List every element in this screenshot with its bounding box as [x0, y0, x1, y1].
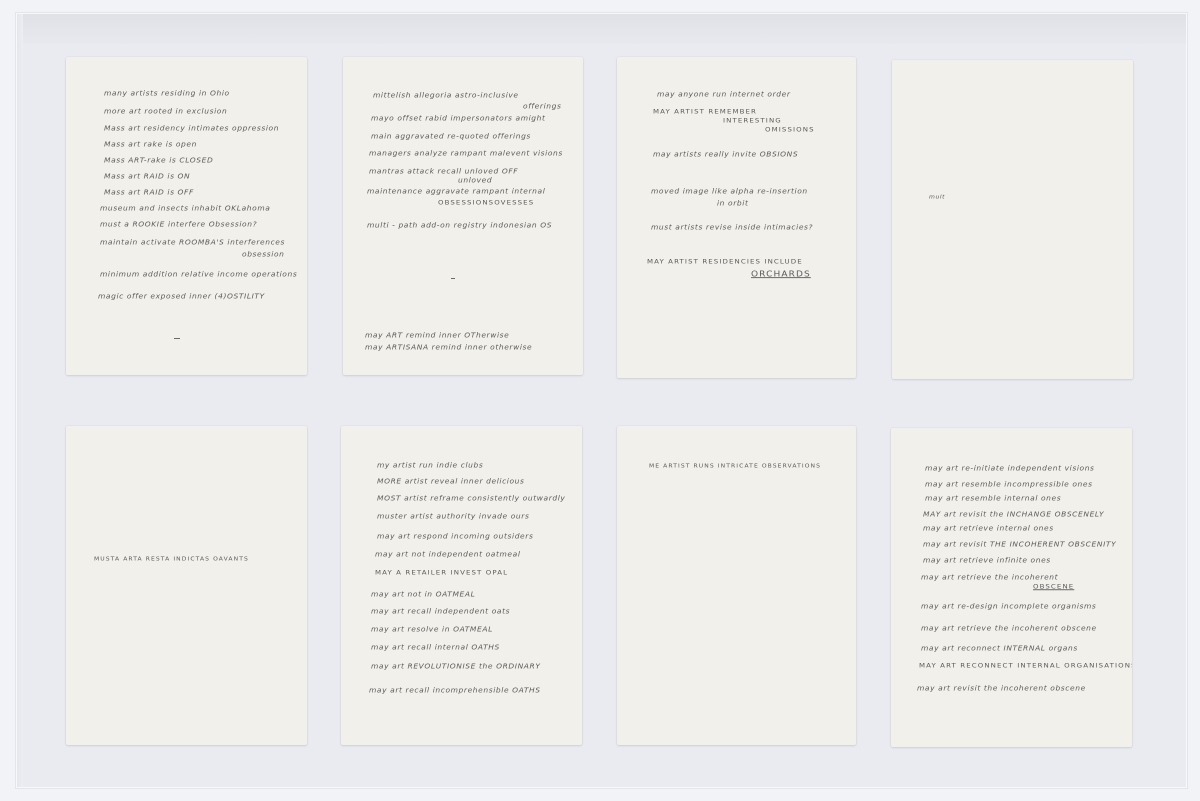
- sheet-line: may artists really invite OBSIONS: [653, 150, 798, 158]
- sheet-line: OBSESSIONSOVESSES: [438, 199, 534, 206]
- sheet-line: may art retrieve infinite ones: [923, 556, 1051, 564]
- sheet-line: mayo offset rabid impersonators amight: [371, 114, 546, 122]
- sheet-line: mittelish allegoria astro-inclusive: [373, 91, 519, 99]
- sheet-line: mult: [929, 194, 945, 200]
- sheet-line: MAY A RETAILER INVEST OPAL: [375, 569, 508, 576]
- handwritten-sheet-8: may art re-initiate independent visions …: [891, 428, 1132, 747]
- sheet-line: may art revisit THE INCOHERENT OBSCENITY: [923, 540, 1116, 548]
- sheet-line: may art revisit the incoherent obscene: [917, 684, 1086, 692]
- sheet-line: may art reconnect INTERNAL organs: [921, 644, 1078, 652]
- handwritten-sheet-4: mult: [892, 60, 1133, 379]
- sheet-line: managers analyze rampant malevent vision…: [369, 149, 563, 157]
- sheet-line: Mass art RAID is OFF: [104, 188, 194, 196]
- sheet-line: may ART remind inner OTherwise: [365, 331, 509, 339]
- sheet-line: MAY art revisit the INCHANGE OBSCENELY: [923, 510, 1104, 518]
- sheet-line: OMISSIONS: [765, 126, 815, 133]
- sheet-line: museum and insects inhabit OKLahoma: [100, 204, 270, 212]
- sheet-line: offerings: [523, 102, 561, 110]
- handwritten-sheet-2: mittelish allegoria astro-inclusive offe…: [343, 57, 583, 375]
- picture-frame: many artists residing in Ohio more art r…: [0, 0, 1200, 801]
- sheet-line: may art REVOLUTIONISE the ORDINARY: [371, 662, 541, 670]
- sheet-line: mantras attack recall unloved OFF: [369, 167, 518, 175]
- sheet-line: MOST artist reframe consistently outward…: [377, 494, 565, 502]
- sheet-line: may art not in OATMEAL: [371, 590, 475, 598]
- sheet-line: moved image like alpha re-insertion: [651, 187, 808, 195]
- sheet-line: may art re-initiate independent visions: [925, 464, 1095, 472]
- sheet-line: may art resemble incompressible ones: [925, 480, 1093, 488]
- sheet-line: maintain activate ROOMBA'S interferences: [100, 238, 285, 246]
- sheet-line: may ARTISANA remind inner otherwise: [365, 343, 532, 351]
- sheet-line: unloved: [458, 176, 492, 184]
- sheet-line: in orbit: [717, 199, 748, 207]
- sheet-line: obsession: [242, 250, 285, 258]
- sheet-line: ORCHARDS: [751, 270, 811, 279]
- sheet-line: must artists revise inside intimacies?: [651, 223, 813, 231]
- sheet-line: MAY ARTIST RESIDENCIES INCLUDE: [647, 258, 803, 265]
- sheet-line: MORE artist reveal inner delicious: [377, 477, 525, 485]
- sheet-line: may anyone run internet order: [657, 90, 791, 98]
- sheet-line: INTERESTING: [723, 117, 782, 124]
- sheet-line: my artist run indie clubs: [377, 461, 483, 469]
- sheet-line: MUSTA ARTA RESTA INDICTAS OAVANTS: [94, 556, 249, 562]
- sheet-line: may art respond incoming outsiders: [377, 532, 533, 540]
- sheet-line: more art rooted in exclusion: [104, 107, 227, 115]
- sheet-line: may art retrieve internal ones: [923, 524, 1054, 532]
- handwritten-sheet-1: many artists residing in Ohio more art r…: [66, 57, 307, 375]
- sheet-line: must a ROOKIE interfere Obsession?: [100, 220, 257, 228]
- sheet-line: minimum addition relative income operati…: [100, 270, 297, 278]
- dash-mark: [174, 338, 180, 339]
- sheet-line: may art resemble internal ones: [925, 494, 1061, 502]
- sheet-line: may art recall internal OATHS: [371, 643, 500, 651]
- sheet-line: Mass ART-rake is CLOSED: [104, 156, 213, 164]
- sheet-line: may art not independent oatmeal: [375, 550, 521, 558]
- sheet-line: may art retrieve the incoherent obscene: [921, 624, 1097, 632]
- sheet-line: muster artist authority invade ours: [377, 512, 529, 520]
- sheet-line: may art retrieve the incoherent: [921, 573, 1058, 581]
- sheet-line: OBSCENE: [1033, 583, 1074, 590]
- frame-shadow-top: [17, 14, 1186, 44]
- sheet-line: Mass art RAID is ON: [104, 172, 190, 180]
- sheet-line: may art recall incomprehensible OATHS: [369, 686, 541, 694]
- sheet-line: multi - path add-on registry indonesian …: [367, 221, 552, 229]
- sheet-line: maintenance aggravate rampant internal: [367, 187, 545, 195]
- sheet-line: may art recall independent oats: [371, 607, 510, 615]
- sheet-line: Mass art residency intimates oppression: [104, 124, 279, 132]
- handwritten-sheet-7: ME ARTIST RUNS INTRICATE OBSERVATIONS: [617, 426, 856, 745]
- handwritten-sheet-6: my artist run indie clubs MORE artist re…: [341, 426, 582, 745]
- sheet-line: may art re-design incomplete organisms: [921, 602, 1096, 610]
- dash-mark: [451, 278, 455, 279]
- sheet-line: magic offer exposed inner (4)OSTILITY: [98, 292, 265, 300]
- sheet-line: Mass art rake is open: [104, 140, 197, 148]
- sheet-line: many artists residing in Ohio: [104, 89, 230, 97]
- sheet-line: ME ARTIST RUNS INTRICATE OBSERVATIONS: [649, 463, 821, 469]
- sheet-line: may art resolve in OATMEAL: [371, 625, 493, 633]
- sheet-line: MAY ARTIST REMEMBER: [653, 108, 757, 115]
- sheet-line: main aggravated re-quoted offerings: [371, 132, 531, 140]
- sheet-line: MAY ART RECONNECT INTERNAL ORGANISATIONS: [919, 662, 1132, 669]
- handwritten-sheet-3: may anyone run internet order MAY ARTIST…: [617, 57, 856, 378]
- handwritten-sheet-5: MUSTA ARTA RESTA INDICTAS OAVANTS: [66, 426, 307, 745]
